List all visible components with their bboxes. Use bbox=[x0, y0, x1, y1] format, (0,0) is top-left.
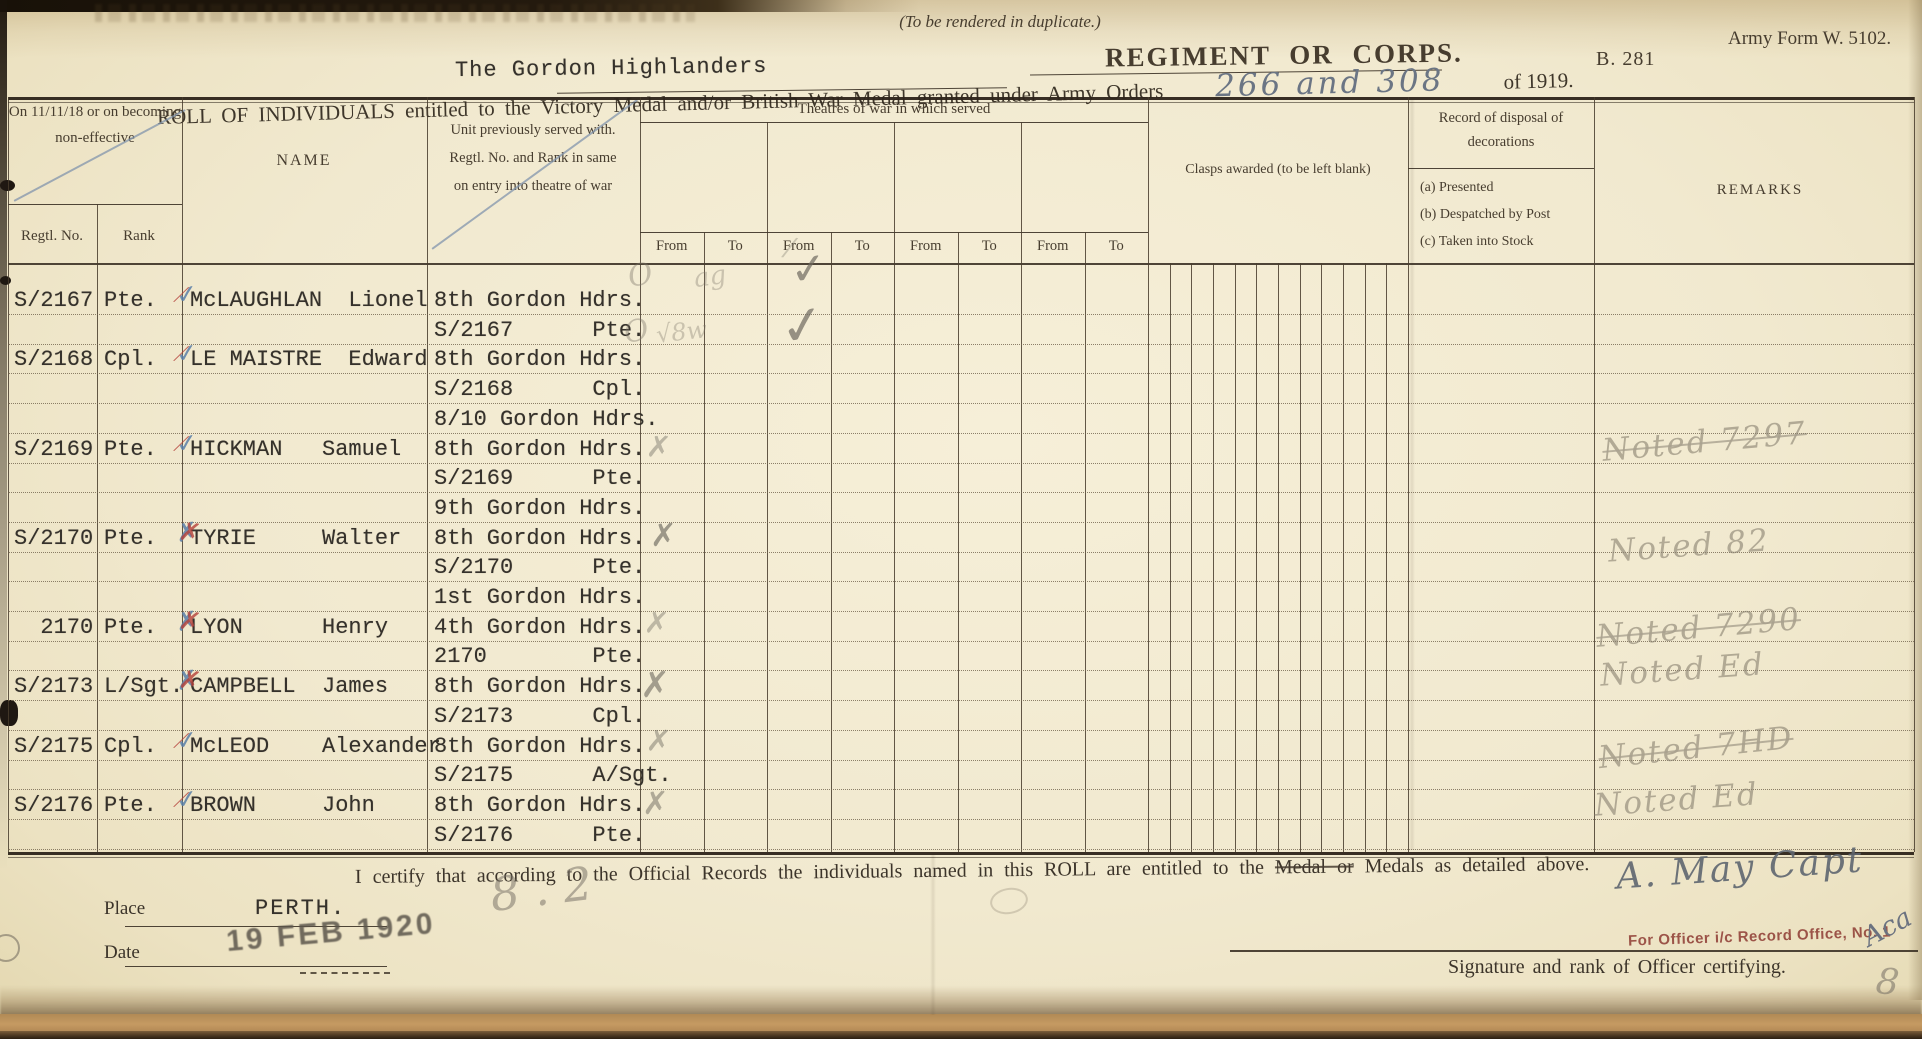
row-regtl-no: S/2167 bbox=[14, 288, 93, 313]
paper-crease bbox=[1409, 100, 1415, 850]
remarks-pencil-note: Noted 7290 bbox=[1595, 601, 1803, 655]
certify-struck-text: Medal or bbox=[1275, 856, 1354, 879]
row-name: HICKMAN Samuel bbox=[190, 437, 401, 462]
row-regtl-no: S/2173 bbox=[14, 674, 93, 699]
column-border bbox=[1408, 97, 1409, 852]
row-unit: 8/10 Gordon Hdrs. bbox=[434, 407, 658, 432]
row-name: CAMPBELL James bbox=[190, 674, 388, 699]
theatre-column-border bbox=[1021, 122, 1022, 852]
rank-tick-mark: ✓⁄ bbox=[176, 431, 202, 461]
row-rank: Pte. bbox=[104, 288, 157, 313]
row-regtl-no: S/2170 bbox=[14, 526, 93, 551]
tick-red-stroke: ✗ bbox=[177, 666, 203, 695]
row-dotted-line bbox=[8, 492, 1914, 493]
row-dotted-line bbox=[8, 730, 1914, 731]
row-unit: 9th Gordon Hdrs. bbox=[434, 496, 645, 521]
theatres-header: Theatres of war in which served bbox=[798, 101, 991, 118]
row-rank: L/Sgt. bbox=[104, 674, 183, 699]
row-unit: 8th Gordon Hdrs. bbox=[434, 526, 645, 551]
remarks-pencil-note: Noted 82 bbox=[1607, 522, 1771, 569]
rank-tick-mark: ✗✗ bbox=[176, 609, 202, 639]
row-regtl-no: S/2169 bbox=[14, 437, 93, 462]
row-unit: 8th Gordon Hdrs. bbox=[434, 674, 645, 699]
table-bottom-border bbox=[8, 852, 1914, 855]
row-name: LYON Henry bbox=[190, 615, 388, 640]
scan-blemish bbox=[0, 276, 11, 285]
row-regtl-no: S/2168 bbox=[14, 347, 93, 372]
roll-title-year: of 1919. bbox=[1503, 68, 1574, 94]
row-dotted-line bbox=[8, 611, 1914, 612]
disposal-header-line1: Record of disposal of bbox=[1439, 110, 1563, 127]
scan-left-edge bbox=[0, 0, 7, 870]
clasp-column-border bbox=[1191, 263, 1192, 852]
clasp-column-border bbox=[1343, 263, 1344, 852]
certify-text-end: Medals as detailed above. bbox=[1365, 853, 1590, 877]
row-unit: 8th Gordon Hdrs. bbox=[434, 347, 645, 372]
to-label: To bbox=[982, 238, 997, 255]
row-unit: 8th Gordon Hdrs. bbox=[434, 734, 645, 759]
to-label: To bbox=[728, 238, 743, 255]
row-unit: S/2176 Pte. bbox=[434, 823, 645, 848]
to-label: To bbox=[855, 238, 870, 255]
clasp-column-border bbox=[1256, 263, 1257, 852]
disposal-item-c: (c) Taken into Stock bbox=[1420, 234, 1533, 250]
row-name: BROWN John bbox=[190, 793, 375, 818]
duplicate-note: (To be rendered in duplicate.) bbox=[899, 12, 1101, 32]
rank-tick-mark: ✓⁄ bbox=[176, 728, 202, 758]
date-underline-dashes bbox=[300, 972, 390, 974]
row-regtl-no: S/2176 bbox=[14, 793, 93, 818]
diagonal-pencil-line bbox=[14, 109, 186, 202]
disposal-item-b: (b) Despatched by Post bbox=[1420, 207, 1550, 223]
pencil-smudge bbox=[988, 885, 1030, 917]
row-unit: S/2168 Cpl. bbox=[434, 377, 645, 402]
scan-bottom-edge bbox=[0, 1031, 1922, 1039]
effective-header-line1: On 11/11/18 or on becoming bbox=[9, 104, 181, 121]
remarks-pencil-note: Noted 7HD bbox=[1597, 720, 1796, 776]
scan-blemish bbox=[0, 700, 18, 726]
row-dotted-line bbox=[8, 700, 1914, 701]
clasp-column-border bbox=[1170, 263, 1171, 852]
row-name: McLEOD Alexander bbox=[190, 734, 441, 759]
unit-header-line1: Unit previously served with. bbox=[450, 122, 615, 139]
page-number: 8 bbox=[1874, 961, 1901, 1004]
row-unit: S/2170 Pte. bbox=[434, 555, 645, 580]
row-unit: 4th Gordon Hdrs. bbox=[434, 615, 645, 640]
row-unit: 1st Gordon Hdrs. bbox=[434, 585, 645, 610]
disposal-header-line2: decorations bbox=[1468, 134, 1535, 151]
row-unit: S/2173 Cpl. bbox=[434, 704, 645, 729]
signature-caption: Signature and rank of Officer certifying… bbox=[1448, 956, 1786, 979]
remarks-header: REMARKS bbox=[1717, 182, 1804, 199]
theatre-pencil-mark: ✗ bbox=[642, 784, 669, 822]
from-label: From bbox=[910, 238, 941, 255]
scan-right-shading bbox=[1908, 0, 1922, 1000]
rank-tick-mark: ✗✗ bbox=[176, 520, 202, 550]
row-dotted-line bbox=[8, 403, 1914, 404]
date-underline bbox=[125, 966, 387, 967]
remarks-pencil-note: Noted Ed bbox=[1593, 776, 1760, 823]
row-unit: 2170 Pte. bbox=[434, 644, 645, 669]
row-unit: S/2175 A/Sgt. bbox=[434, 763, 672, 788]
form-reference: B. 281 bbox=[1596, 48, 1655, 71]
column-border bbox=[97, 204, 98, 852]
clasp-column-border bbox=[1386, 263, 1387, 852]
theatre-pencil-mark: ✗ bbox=[650, 516, 677, 554]
row-name: TYRIE Walter bbox=[190, 526, 401, 551]
column-border bbox=[8, 97, 9, 852]
row-unit: S/2167 Pte. bbox=[434, 318, 645, 343]
pencil-circle-mark bbox=[0, 934, 20, 962]
effective-header-line2: non-effective bbox=[55, 130, 135, 147]
row-unit: 8th Gordon Hdrs. bbox=[434, 793, 645, 818]
theatre-pencil-mark: ag bbox=[692, 260, 728, 294]
row-dotted-line bbox=[8, 849, 1914, 850]
name-header: NAME bbox=[276, 152, 331, 170]
clasp-column-border bbox=[1235, 263, 1236, 852]
theatre-pencil-mark: ✗ bbox=[643, 605, 671, 642]
remarks-pencil-note: Noted Ed bbox=[1599, 646, 1766, 693]
regiment-name: The Gordon Highlanders bbox=[455, 54, 768, 83]
rank-tick-mark: ✓⁄ bbox=[176, 787, 202, 817]
disposal-item-a: (a) Presented bbox=[1420, 180, 1493, 196]
pencil-note: 8 . 2 bbox=[487, 856, 595, 922]
theatre-column-border bbox=[767, 122, 768, 852]
row-rank: Pte. bbox=[104, 615, 157, 640]
theatre-pencil-mark: ✓ bbox=[788, 242, 829, 296]
bleed-through-text bbox=[95, 4, 695, 22]
scanned-medal-roll-document: (To be rendered in duplicate.) Army Form… bbox=[0, 0, 1922, 1039]
clasp-column-border bbox=[1365, 263, 1366, 852]
from-label: From bbox=[1037, 238, 1068, 255]
unit-header-line3: on entry into theatre of war bbox=[454, 178, 612, 195]
row-rank: Pte. bbox=[104, 793, 157, 818]
tick-red-stroke: ✗ bbox=[177, 518, 203, 547]
theatre-pencil-mark: ✗ bbox=[640, 664, 670, 706]
header-bottom-line bbox=[8, 263, 1914, 265]
theatre-pencil-mark: ✓ bbox=[776, 291, 830, 360]
form-number: Army Form W. 5102. bbox=[1728, 28, 1891, 50]
row-regtl-no: 2170 bbox=[14, 615, 93, 640]
row-dotted-line bbox=[8, 581, 1914, 582]
row-name: LE MAISTRE Edward bbox=[190, 347, 428, 372]
column-border bbox=[1148, 97, 1149, 852]
from-label: From bbox=[656, 238, 687, 255]
record-office-stamp: For Officer i/c Record Office, No. 1 bbox=[1628, 923, 1891, 949]
row-rank: Cpl. bbox=[104, 347, 157, 372]
clasp-column-border bbox=[1300, 263, 1301, 852]
remarks-pencil-note: Noted 7297 bbox=[1601, 415, 1809, 469]
tick-red-stroke: ✗ bbox=[177, 607, 203, 636]
regtl-no-header: Regtl. No. bbox=[21, 228, 83, 245]
unit-header-line2: Regtl. No. and Rank in same bbox=[449, 150, 616, 167]
rank-tick-mark: ✓⁄ bbox=[176, 282, 202, 312]
row-dotted-line bbox=[8, 522, 1914, 523]
row-rank: Pte. bbox=[104, 437, 157, 462]
column-border bbox=[1914, 97, 1915, 852]
row-rank: Cpl. bbox=[104, 734, 157, 759]
table-top-border-2 bbox=[8, 102, 1914, 103]
column-border bbox=[1594, 97, 1595, 852]
row-dotted-line bbox=[8, 314, 1914, 315]
to-label: To bbox=[1109, 238, 1124, 255]
theatre-pencil-mark: O bbox=[625, 256, 655, 295]
place-label: Place bbox=[104, 898, 145, 920]
clasp-column-border bbox=[1321, 263, 1322, 852]
theatre-pencil-mark: √8w bbox=[655, 315, 709, 348]
rank-header: Rank bbox=[123, 228, 155, 245]
disposal-separator bbox=[1408, 168, 1594, 169]
row-unit: 8th Gordon Hdrs. bbox=[434, 437, 645, 462]
row-unit: 8th Gordon Hdrs. bbox=[434, 288, 645, 313]
theatre-pencil-mark: ✗ bbox=[645, 429, 673, 466]
row-dotted-line bbox=[8, 373, 1914, 374]
row-regtl-no: S/2175 bbox=[14, 734, 93, 759]
date-label: Date bbox=[104, 942, 140, 964]
effective-separator bbox=[8, 204, 182, 205]
clasp-column-border bbox=[1213, 263, 1214, 852]
theatre-column-border bbox=[894, 122, 895, 852]
clasps-header: Clasps awarded (to be left blank) bbox=[1185, 162, 1370, 178]
clasp-column-border bbox=[1278, 263, 1279, 852]
row-dotted-line bbox=[8, 344, 1914, 345]
row-unit: S/2169 Pte. bbox=[434, 466, 645, 491]
rank-tick-mark: ✓⁄ bbox=[176, 341, 202, 371]
row-rank: Pte. bbox=[104, 526, 157, 551]
theatre-pencil-mark: O bbox=[621, 312, 651, 351]
theatre-pencil-mark: ✗ bbox=[645, 723, 673, 760]
rank-tick-mark: ✗✗ bbox=[176, 668, 202, 698]
signature-rule bbox=[1230, 950, 1918, 952]
table-top-border bbox=[8, 97, 1914, 100]
row-name: McLAUGHLAN Lionel bbox=[190, 288, 428, 313]
